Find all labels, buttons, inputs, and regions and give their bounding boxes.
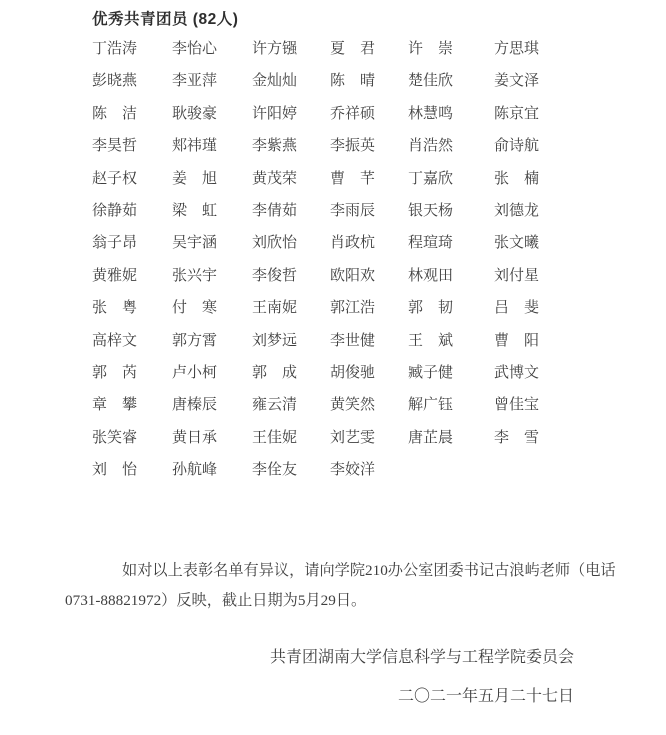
- honor-roll-grid: 丁浩涛李怡心许方镪夏 君许 崇方思琪彭晓燕李亚萍金灿灿陈 晴楚佳欣姜文泽陈 洁耿…: [92, 41, 646, 494]
- member-name: 李亚萍: [172, 73, 252, 89]
- member-name: 曹 阳: [494, 333, 539, 349]
- member-name: 丁浩涛: [92, 41, 172, 57]
- member-name: 郭 韧: [408, 300, 494, 316]
- roster-row: 彭晓燕李亚萍金灿灿陈 晴楚佳欣姜文泽: [92, 73, 646, 105]
- member-name: 张文曦: [494, 235, 539, 251]
- member-name: 郭江浩: [330, 300, 408, 316]
- roster-row: 章 攀唐榛辰雍云清黄笑然解广钰曾佳宝: [92, 397, 646, 429]
- member-name: 欧阳欢: [330, 268, 408, 284]
- member-name: 乔祥硕: [330, 106, 408, 122]
- member-name: 张 粤: [92, 300, 172, 316]
- member-name: 黄笑然: [330, 397, 408, 413]
- member-name: 许方镪: [252, 41, 330, 57]
- member-name: 唐芷晨: [408, 430, 494, 446]
- member-name: 赵子权: [92, 171, 172, 187]
- member-name: 刘德龙: [494, 203, 539, 219]
- member-name: 楚佳欣: [408, 73, 494, 89]
- member-name: 夏 君: [330, 41, 408, 57]
- member-name: 银天杨: [408, 203, 494, 219]
- signature-date: 二〇二一年五月二十七日: [270, 687, 574, 707]
- roster-row: 丁浩涛李怡心许方镪夏 君许 崇方思琪: [92, 41, 646, 73]
- member-name: 张 楠: [494, 171, 539, 187]
- member-name: 解广钰: [408, 397, 494, 413]
- member-name: 曹 芊: [330, 171, 408, 187]
- member-name: 李振英: [330, 138, 408, 154]
- roster-row: 张 粤付 寒王南妮郭江浩郭 韧吕 斐: [92, 300, 646, 332]
- roster-row: 郭 芮卢小柯郭 成胡俊驰臧子健武博文: [92, 365, 646, 397]
- signature-block: 共青团湖南大学信息科学与工程学院委员会 二〇二一年五月二十七日: [270, 648, 574, 707]
- notice-paragraph: 如对以上表彰名单有异议，请向学院210办公室团委书记古浪屿老师（电话0731-8…: [65, 556, 625, 616]
- member-name: 吕 斐: [494, 300, 539, 316]
- roster-row: 刘 怡孙航峰李佺友李姣洋: [92, 462, 646, 494]
- member-name: 李世健: [330, 333, 408, 349]
- member-name: 梁 虹: [172, 203, 252, 219]
- member-name: 刘 怡: [92, 462, 172, 478]
- member-name: 王南妮: [252, 300, 330, 316]
- member-name: 李倩茹: [252, 203, 330, 219]
- member-name: 武博文: [494, 365, 539, 381]
- member-name: 王佳妮: [252, 430, 330, 446]
- notice-line: 0731-88821972）反映，截止日期为5月29日。: [65, 586, 625, 616]
- member-name: 章 攀: [92, 397, 172, 413]
- member-name: 唐榛辰: [172, 397, 252, 413]
- member-name: 郭 成: [252, 365, 330, 381]
- member-name: 李雨辰: [330, 203, 408, 219]
- member-name: 陈 晴: [330, 73, 408, 89]
- member-name: 卢小柯: [172, 365, 252, 381]
- member-name: 陈京宜: [494, 106, 539, 122]
- member-name: 刘艺雯: [330, 430, 408, 446]
- member-name: 刘付星: [494, 268, 539, 284]
- member-name: 张笑睿: [92, 430, 172, 446]
- member-name: 郏祎瑾: [172, 138, 252, 154]
- member-name: 吴宇涵: [172, 235, 252, 251]
- member-name: 程瑄琦: [408, 235, 494, 251]
- member-name: 李俊哲: [252, 268, 330, 284]
- member-name: 李紫燕: [252, 138, 330, 154]
- member-name: 林慧鸣: [408, 106, 494, 122]
- member-name: 黄雅妮: [92, 268, 172, 284]
- member-name: 方思琪: [494, 41, 539, 57]
- member-name: 金灿灿: [252, 73, 330, 89]
- member-name: 刘欣怡: [252, 235, 330, 251]
- member-name: 俞诗航: [494, 138, 539, 154]
- member-name: 姜 旭: [172, 171, 252, 187]
- page-title: 优秀共青团员 (82人): [92, 10, 238, 30]
- notice-line: 如对以上表彰名单有异议，请向学院210办公室团委书记古浪屿老师（电话: [65, 556, 625, 586]
- member-name: 郭方霄: [172, 333, 252, 349]
- member-name: 高梓文: [92, 333, 172, 349]
- roster-row: 张笑睿黄日承王佳妮刘艺雯唐芷晨李 雪: [92, 430, 646, 462]
- member-name: 李姣洋: [330, 462, 408, 478]
- member-name: 李怡心: [172, 41, 252, 57]
- roster-row: 徐静茹梁 虹李倩茹李雨辰银天杨刘德龙: [92, 203, 646, 235]
- member-name: 郭 芮: [92, 365, 172, 381]
- member-name: 翁子昂: [92, 235, 172, 251]
- document-page: 优秀共青团员 (82人) 丁浩涛李怡心许方镪夏 君许 崇方思琪彭晓燕李亚萍金灿灿…: [0, 0, 666, 735]
- member-name: 张兴宇: [172, 268, 252, 284]
- member-name: 林观田: [408, 268, 494, 284]
- roster-row: 陈 洁耿骏豪许阳婷乔祥硕林慧鸣陈京宜: [92, 106, 646, 138]
- member-name: 黄茂荣: [252, 171, 330, 187]
- member-name: 耿骏豪: [172, 106, 252, 122]
- member-name: 姜文泽: [494, 73, 539, 89]
- member-name: 付 寒: [172, 300, 252, 316]
- member-name: 黄日承: [172, 430, 252, 446]
- roster-row: 赵子权姜 旭黄茂荣曹 芊丁嘉欣张 楠: [92, 171, 646, 203]
- member-name: 许阳婷: [252, 106, 330, 122]
- member-name: 胡俊驰: [330, 365, 408, 381]
- roster-row: 高梓文郭方霄刘梦远李世健王 斌曹 阳: [92, 333, 646, 365]
- roster-row: 黄雅妮张兴宇李俊哲欧阳欢林观田刘付星: [92, 268, 646, 300]
- signature-organization: 共青团湖南大学信息科学与工程学院委员会: [270, 648, 574, 668]
- member-name: 孙航峰: [172, 462, 252, 478]
- member-name: 李佺友: [252, 462, 330, 478]
- member-name: 王 斌: [408, 333, 494, 349]
- member-name: 曾佳宝: [494, 397, 539, 413]
- member-name: 雍云清: [252, 397, 330, 413]
- member-name: 刘梦远: [252, 333, 330, 349]
- member-name: 李昊哲: [92, 138, 172, 154]
- member-name: 李 雪: [494, 430, 539, 446]
- member-name: 徐静茹: [92, 203, 172, 219]
- roster-row: 翁子昂吴宇涵刘欣怡肖政杭程瑄琦张文曦: [92, 235, 646, 267]
- member-name: 陈 洁: [92, 106, 172, 122]
- member-name: 丁嘉欣: [408, 171, 494, 187]
- member-name: 许 崇: [408, 41, 494, 57]
- member-name: 肖政杭: [330, 235, 408, 251]
- member-name: 彭晓燕: [92, 73, 172, 89]
- roster-row: 李昊哲郏祎瑾李紫燕李振英肖浩然俞诗航: [92, 138, 646, 170]
- member-name: 肖浩然: [408, 138, 494, 154]
- member-name: 臧子健: [408, 365, 494, 381]
